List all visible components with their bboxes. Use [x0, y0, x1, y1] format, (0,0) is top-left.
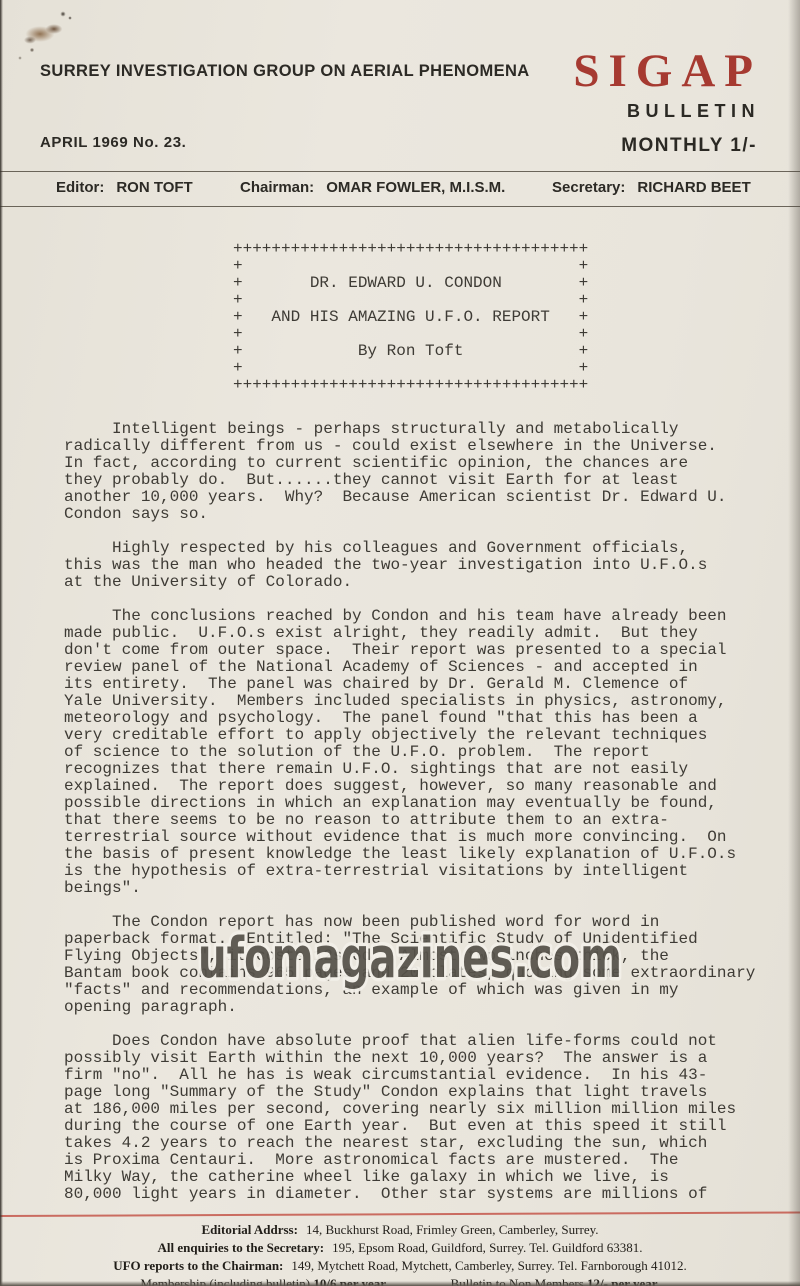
- editorial-address-value: 14, Buckhurst Road, Frimley Green, Cambe…: [306, 1222, 599, 1237]
- price-line: MONTHLY 1/-: [621, 135, 757, 157]
- article-title-box: +++++++++++++++++++++++++++++++++++++ + …: [233, 241, 588, 394]
- secretary-enquiries-label: All enquiries to the Secretary:: [158, 1240, 325, 1255]
- page-edge-right: [788, 0, 800, 1286]
- page-edge-left: [0, 0, 3, 1286]
- editor-name: RON TOFT: [116, 179, 192, 196]
- ufo-reports-label: UFO reports to the Chairman:: [113, 1258, 283, 1273]
- masthead-rule-top: [0, 171, 800, 172]
- paragraph-1: Intelligent beings - perhaps structurall…: [64, 421, 774, 523]
- bulletin-label: BULLETIN: [627, 101, 760, 122]
- chairman-name: OMAR FOWLER, M.I.S.M.: [326, 179, 505, 196]
- masthead-chairman: Chairman:OMAR FOWLER, M.I.S.M.: [240, 179, 505, 196]
- footer-editorial-address: Editorial Addrss:14, Buckhurst Road, Fri…: [0, 1221, 800, 1239]
- paragraph-5: Does Condon have absolute proof that ali…: [64, 1033, 774, 1203]
- secretary-name: RICHARD BEET: [637, 179, 750, 196]
- paper-stain-decoration: [8, 6, 88, 66]
- secretary-label: Secretary:: [552, 179, 625, 196]
- masthead: Editor:RON TOFT Chairman:OMAR FOWLER, M.…: [0, 179, 800, 203]
- article-body: Intelligent beings - perhaps structurall…: [64, 421, 774, 1220]
- masthead-editor: Editor:RON TOFT: [56, 179, 193, 196]
- organization-title: SURREY INVESTIGATION GROUP ON AERIAL PHE…: [40, 62, 530, 81]
- paragraph-4: The Condon report has now been published…: [64, 914, 774, 1016]
- chairman-label: Chairman:: [240, 179, 314, 196]
- bulletin-page: SURREY INVESTIGATION GROUP ON AERIAL PHE…: [0, 0, 800, 1286]
- issue-date-number: APRIL 1969 No. 23.: [40, 134, 186, 151]
- paragraph-3: The conclusions reached by Condon and hi…: [64, 608, 774, 897]
- editorial-address-label: Editorial Addrss:: [202, 1222, 298, 1237]
- masthead-secretary: Secretary:RICHARD BEET: [552, 179, 751, 196]
- footer-secretary-enquiries: All enquiries to the Secretary:195, Epso…: [0, 1239, 800, 1257]
- page-edge-bottom: [0, 1281, 800, 1286]
- sigap-logo: SIGAP: [573, 44, 762, 98]
- paragraph-2: Highly respected by his colleagues and G…: [64, 540, 774, 591]
- footer-ufo-reports: UFO reports to the Chairman:149, Mytchet…: [0, 1257, 800, 1275]
- ufo-reports-value: 149, Mytchett Road, Mytchett, Camberley,…: [291, 1258, 686, 1273]
- editor-label: Editor:: [56, 179, 104, 196]
- secretary-enquiries-value: 195, Epsom Road, Guildford, Surrey. Tel.…: [332, 1240, 642, 1255]
- masthead-rule-bottom: [0, 206, 800, 207]
- footer: Editorial Addrss:14, Buckhurst Road, Fri…: [0, 1221, 800, 1286]
